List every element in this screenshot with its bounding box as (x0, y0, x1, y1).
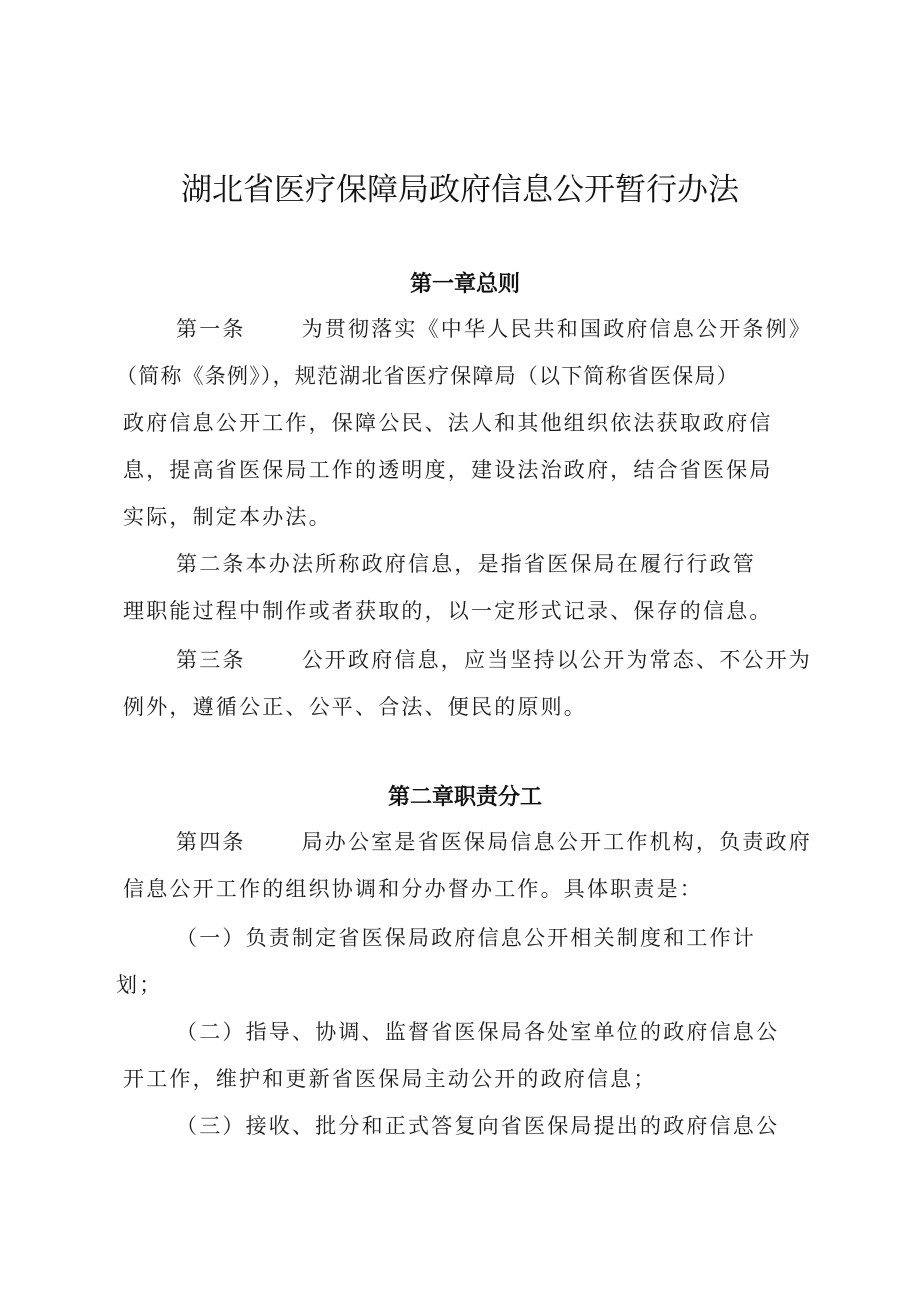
article-1-line-3: 政府信息公开工作，保障公民、法人和其他组织依法获取政府信 (123, 408, 773, 438)
article-3-line-1: 第三条公开政府信息，应当坚持以公开为常态、不公开为 (176, 645, 812, 675)
article-label: 第四条 (176, 830, 246, 854)
item-2-line-2: 开工作，维护和更新省医保局主动公开的政府信息； (123, 1064, 657, 1094)
chapter-heading-1: 第一章总则 (0, 270, 920, 300)
article-1-line-1: 第一条为贯彻落实《中华人民共和国政府信息公开条例》 (176, 314, 812, 344)
item-1-line-1: （一）负责制定省医保局政府信息公开相关制度和工作计 (176, 923, 756, 953)
article-text: 为贯彻落实《中华人民共和国政府信息公开条例》 (302, 317, 812, 341)
article-1-line-2: （简称《条例》），规范湖北省医疗保障局（以下简称省医保局） (116, 361, 739, 391)
article-4-line-2: 信息公开工作的组织协调和分办督办工作。具体职责是： (123, 874, 703, 904)
item-3-line-1: （三）接收、批分和正式答复向省医保局提出的政府信息公 (176, 1111, 779, 1141)
article-label: 第三条 (176, 648, 246, 672)
article-label: 第一条 (176, 317, 246, 341)
article-1-line-4: 息，提高省医保局工作的透明度，建设法治政府，结合省医保局 (123, 455, 773, 485)
article-4-line-1: 第四条局办公室是省医保局信息公开工作机构，负责政府 (176, 827, 812, 857)
article-label: 第二条 (176, 552, 246, 576)
article-2-line-2: 理职能过程中制作或者获取的，以一定形式记录、保存的信息。 (123, 596, 773, 626)
article-text: 公开政府信息，应当坚持以公开为常态、不公开为 (302, 648, 812, 672)
article-2-line-1: 第二条本办法所称政府信息，是指省医保局在履行行政管 (176, 549, 756, 579)
document-page: 湖北省医疗保障局政府信息公开暂行办法 第一章总则 第一条为贯彻落实《中华人民共和… (0, 0, 920, 1301)
article-text: 局办公室是省医保局信息公开工作机构，负责政府 (302, 830, 812, 854)
item-2-line-1: （二）指导、协调、监督省医保局各处室单位的政府信息公 (176, 1017, 779, 1047)
article-text: 本办法所称政府信息，是指省医保局在履行行政管 (246, 552, 756, 576)
article-1-line-5: 实际，制定本办法。 (123, 502, 332, 532)
chapter-heading-2: 第二章职责分工 (0, 783, 920, 813)
item-1-line-2: 划； (116, 970, 162, 1000)
document-title: 湖北省医疗保障局政府信息公开暂行办法 (0, 168, 920, 212)
article-3-line-2: 例外，遵循公正、公平、合法、便民的原则。 (123, 692, 587, 722)
